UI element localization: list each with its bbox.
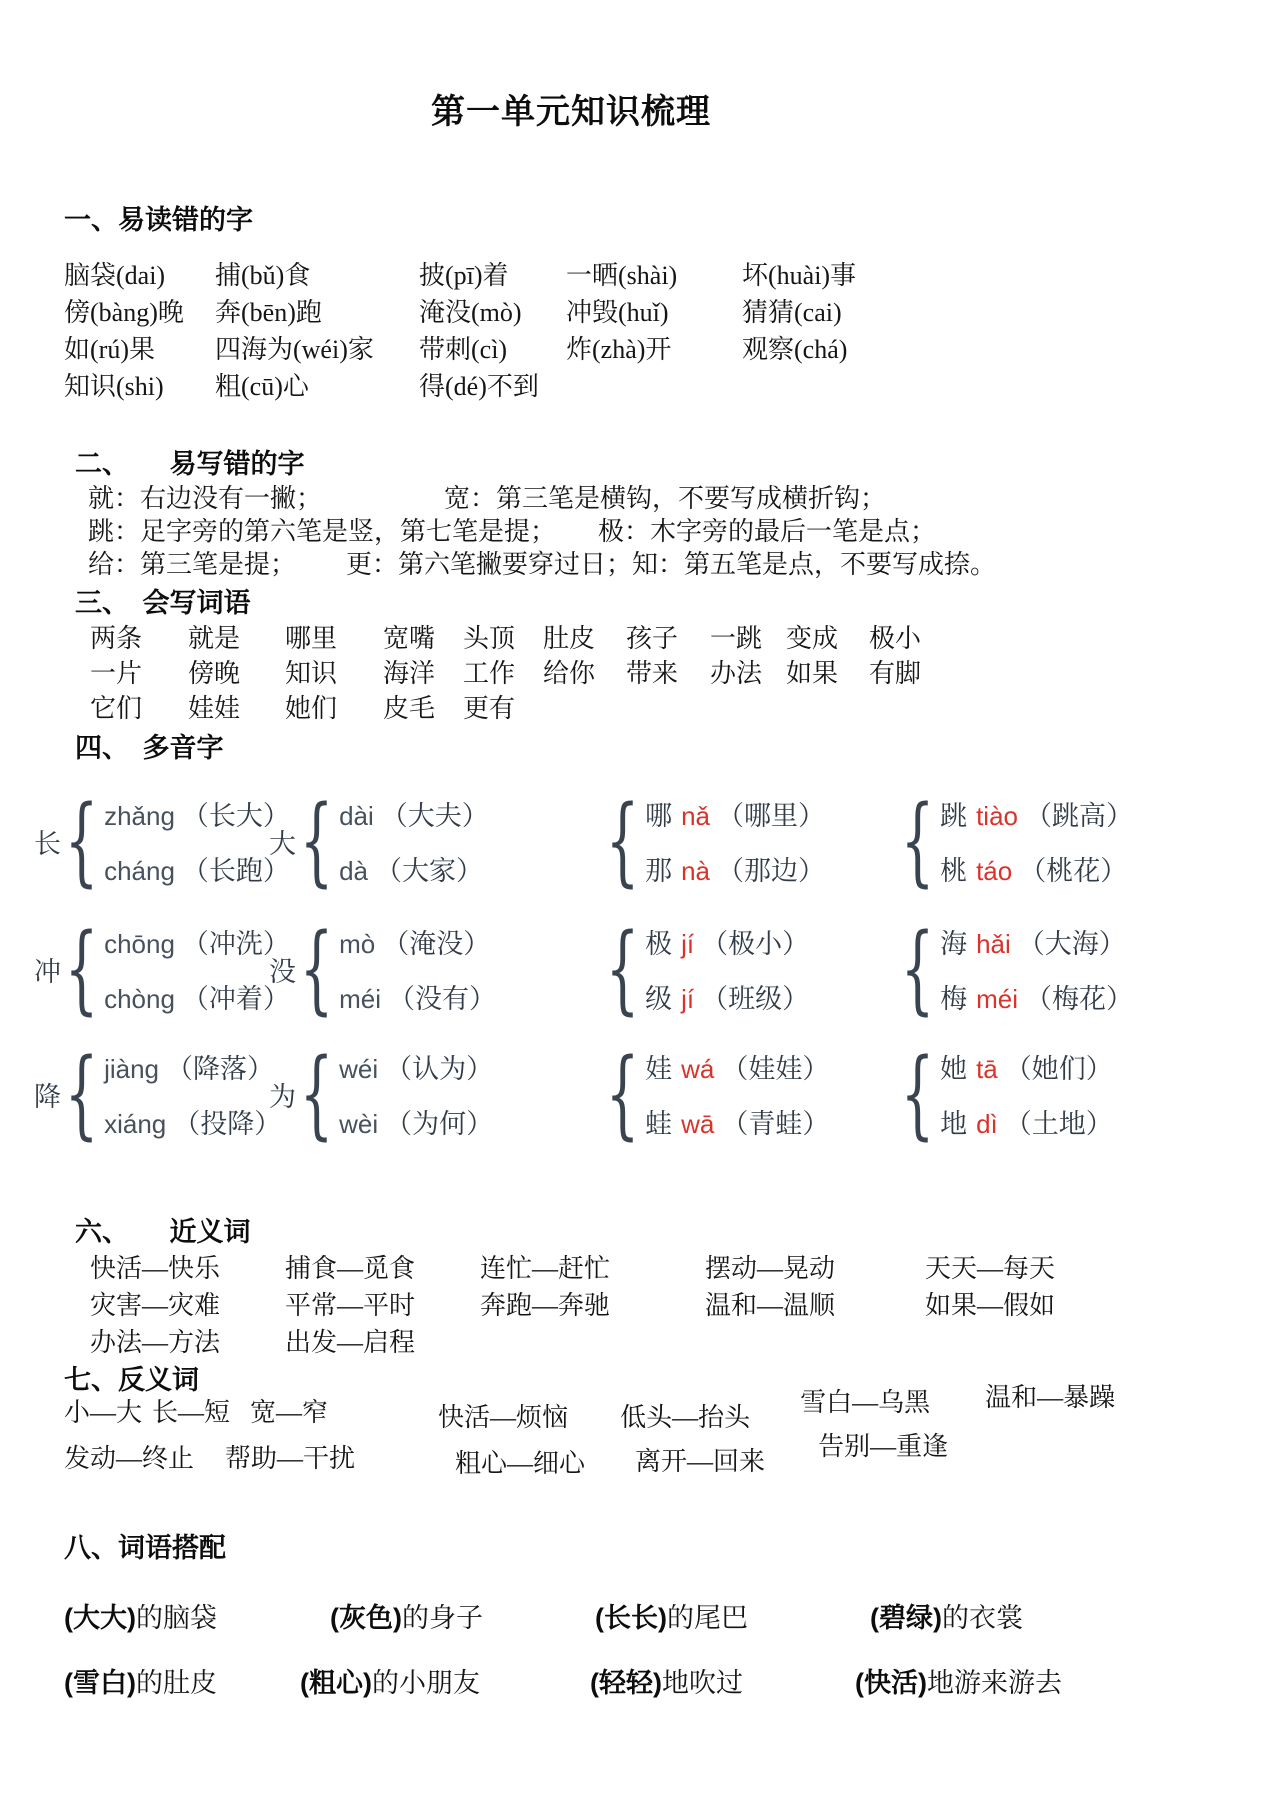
page-title: 第一单元知识梳理 — [0, 84, 1142, 133]
reading: 海 hǎi （大海） — [940, 922, 1133, 961]
collocation-word: (粗心) — [300, 1668, 372, 1698]
pinyin: dà — [339, 856, 368, 887]
pinyin: wéi — [339, 1054, 378, 1085]
polyphone-group-chang: 长 { zhǎng （长大） cháng （长跑） — [34, 790, 269, 892]
synonym-pair: 奔跑—奔驰 — [480, 1285, 705, 1322]
word: 皮毛 — [383, 688, 463, 725]
reading: 跳 tiào （跳高） — [940, 794, 1133, 833]
section-6-heading: 六、 近义词 — [75, 1210, 251, 1249]
synonym-pair: 如果—假如 — [925, 1285, 1055, 1322]
example-word: （桃花） — [1019, 849, 1127, 888]
char: 梅 — [940, 977, 967, 1016]
word: 冲毁(huǐ) — [566, 292, 742, 329]
synonym-pair: 温和—温顺 — [705, 1285, 925, 1322]
word: 知识 — [285, 653, 383, 690]
example-word: （淹没） — [382, 922, 490, 961]
collocation-rest: 地游来游去 — [927, 1668, 1062, 1698]
reading: dài （大夫） — [339, 794, 489, 833]
synonym-row: 快活—快乐 捕食—觅食 连忙—赶忙 摆动—晃动 天天—每天 — [90, 1248, 1055, 1285]
antonym-pair: 告别—重逢 — [818, 1426, 948, 1463]
polyphone-group-na: { 哪 nǎ （哪里） 那 nà （那边） — [604, 790, 899, 892]
pinyin: xiáng — [104, 1109, 166, 1140]
char: 那 — [645, 849, 672, 888]
pinyin: wā — [681, 1109, 714, 1140]
section-1-heading: 一、易读错的字 — [64, 198, 253, 237]
example-word: （娃娃） — [721, 1047, 829, 1086]
pinyin: tiào — [976, 801, 1018, 832]
antonym-pair: 帮助—干扰 — [225, 1438, 355, 1475]
collocation-word: (碧绿) — [870, 1603, 942, 1633]
synonym-pair: 出发—启程 — [285, 1322, 480, 1359]
collocation: (碧绿)的衣裳 — [870, 1596, 1023, 1635]
polyphone-row: 冲 { chōng （冲洗） chòng （冲着） 没 { — [34, 918, 1133, 1020]
synonym-pair: 连忙—赶忙 — [480, 1248, 705, 1285]
synonym-pair: 办法—方法 — [90, 1322, 285, 1359]
brace-icon: { — [300, 1043, 334, 1145]
section-8-heading: 八、词语搭配 — [64, 1526, 226, 1565]
antonym-pair: 小—大 — [64, 1392, 142, 1429]
antonym-pair: 快活—烦恼 — [438, 1397, 568, 1434]
pinyin: chōng — [104, 929, 175, 960]
reading: 蛙 wā （青蛙） — [645, 1102, 829, 1141]
brace-icon: { — [606, 918, 640, 1020]
word: 傍晚 — [188, 653, 285, 690]
word: 宽嘴 — [383, 618, 463, 655]
word: 办法 — [710, 653, 786, 690]
section-3-heading: 三、 会写词语 — [75, 581, 251, 620]
word: 她们 — [285, 688, 383, 725]
antonym-row: 小—大 长—短 宽—窄 快活—烦恼 低头—抬头 雪白—乌黑 温和—暴躁 — [64, 1392, 1115, 1429]
antonym-pair: 粗心—细心 — [455, 1443, 585, 1480]
reading: 桃 táo （桃花） — [940, 849, 1133, 888]
reading: dà （大家） — [339, 849, 489, 888]
brace-icon: { — [65, 918, 99, 1020]
base-char: 大 — [269, 822, 296, 861]
char: 哪 — [645, 794, 672, 833]
reading: mò （淹没） — [339, 922, 496, 961]
word: 海洋 — [383, 653, 463, 690]
word: 更有 — [463, 688, 543, 725]
pinyin: jí — [681, 984, 694, 1015]
reading: chōng （冲洗） — [104, 922, 290, 961]
example-word: （大家） — [375, 849, 483, 888]
polyphone-group-wei: 为 { wéi （认为） wèi （为何） — [269, 1043, 604, 1145]
example-word: （大夫） — [381, 794, 489, 833]
note-segment: 跳：足字旁的第六笔是竖，第七笔是提； — [88, 511, 556, 548]
reading: wèi （为何） — [339, 1102, 493, 1141]
word: 带刺(cì) — [419, 329, 566, 366]
pinyin: méi — [976, 984, 1018, 1015]
word: 奔(bēn)跑 — [215, 292, 419, 329]
antonym-pair: 发动—终止 — [64, 1438, 194, 1475]
word: 孩子 — [626, 618, 710, 655]
polyphone-group-da: 大 { dài （大夫） dà （大家） — [269, 790, 604, 892]
pinyin: wá — [681, 1054, 714, 1085]
example-word: （大海） — [1018, 922, 1126, 961]
word: 带来 — [626, 653, 710, 690]
synonym-pair: 灾害—灾难 — [90, 1285, 285, 1322]
char: 海 — [940, 922, 967, 961]
pinyin: méi — [339, 984, 381, 1015]
document-page: 第一单元知识梳理 一、易读错的字 脑袋(dai) 捕(bǔ)食 披(pī)着 一… — [0, 0, 1278, 1814]
pinyin: dì — [976, 1109, 998, 1140]
word: 它们 — [90, 688, 188, 725]
misread-words-row: 脑袋(dai) 捕(bǔ)食 披(pī)着 一晒(shài) 坏(huài)事 — [64, 255, 856, 292]
reading: 地 dì （土地） — [940, 1102, 1113, 1141]
pinyin: jí — [681, 929, 694, 960]
char: 级 — [645, 977, 672, 1016]
polyphone-group-tiao: { 跳 tiào （跳高） 桃 táo （桃花） — [899, 790, 1133, 892]
writable-words-row: 一片 傍晚 知识 海洋 工作 给你 带来 办法 如果 有脚 — [90, 653, 921, 690]
reading: 哪 nǎ （哪里） — [645, 794, 825, 833]
word: 极小 — [869, 618, 921, 655]
antonym-pair: 离开—回来 — [635, 1441, 765, 1478]
miswrite-note-line: 跳：足字旁的第六笔是竖，第七笔是提； 极：木字旁的最后一笔是点； — [88, 511, 936, 548]
miswrite-note-line: 就：右边没有一撇； 宽：第三笔是横钩，不要写成横折钩； — [88, 478, 886, 515]
pinyin: tā — [976, 1054, 998, 1085]
collocation: (雪白)的肚皮 — [64, 1661, 300, 1700]
note-segment: 宽：第三笔是横钩，不要写成横折钩； — [444, 478, 886, 515]
word: 一片 — [90, 653, 188, 690]
pinyin: cháng — [104, 856, 175, 887]
collocation-rest: 的小朋友 — [372, 1668, 480, 1698]
pinyin: chòng — [104, 984, 175, 1015]
example-word: （为何） — [385, 1102, 493, 1141]
char: 桃 — [940, 849, 967, 888]
word: 有脚 — [869, 653, 921, 690]
word: 粗(cū)心 — [215, 366, 419, 403]
word: 四海为(wéi)家 — [215, 329, 419, 366]
collocation-word: (长长) — [595, 1603, 667, 1633]
word: 如(rú)果 — [64, 329, 215, 366]
pinyin: nǎ — [681, 801, 710, 832]
word: 给你 — [543, 653, 626, 690]
reading: 梅 méi （梅花） — [940, 977, 1133, 1016]
collocation: (快活)地游来游去 — [855, 1661, 1062, 1700]
collocation: (灰色)的身子 — [330, 1596, 595, 1635]
pinyin: mò — [339, 929, 375, 960]
word: 工作 — [463, 653, 543, 690]
char: 娃 — [645, 1047, 672, 1086]
synonym-pair: 摆动—晃动 — [705, 1248, 925, 1285]
word: 如果 — [786, 653, 869, 690]
reading: zhǎng （长大） — [104, 794, 290, 833]
polyphone-group-ji: { 极 jí （极小） 级 jí （班级） — [604, 918, 899, 1020]
antonym-pair: 长—短 — [152, 1392, 230, 1429]
misread-words-row: 知识(shi) 粗(cū)心 得(dé)不到 — [64, 366, 742, 403]
writable-words-row: 它们 娃娃 她们 皮毛 更有 — [90, 688, 869, 725]
example-word: （投降） — [173, 1102, 281, 1141]
synonym-pair: 捕食—觅食 — [285, 1248, 480, 1285]
brace-icon: { — [606, 1043, 640, 1145]
collocation-rest: 的身子 — [402, 1603, 483, 1633]
misread-words-row: 如(rú)果 四海为(wéi)家 带刺(cì) 炸(zhà)开 观察(chá) — [64, 329, 847, 366]
antonym-pair: 雪白—乌黑 — [800, 1382, 930, 1419]
collocation: (粗心)的小朋友 — [300, 1661, 590, 1700]
reading: méi （没有） — [339, 977, 496, 1016]
note-segment: 更：第六笔撇要穿过日；知：第五笔是点，不要写成捺。 — [346, 544, 996, 581]
word: 傍(bàng)晚 — [64, 292, 215, 329]
polyphone-group-ta: { 她 tā （她们） 地 dì （土地） — [899, 1043, 1113, 1145]
base-char: 为 — [269, 1075, 296, 1114]
word: 捕(bǔ)食 — [215, 255, 419, 292]
example-word: （她们） — [1005, 1047, 1113, 1086]
misread-words-row: 傍(bàng)晚 奔(bēn)跑 淹没(mò) 冲毁(huǐ) 猜猜(cai) — [64, 292, 842, 329]
brace-icon: { — [901, 918, 935, 1020]
collocation-row: (大大)的脑袋 (灰色)的身子 (长长)的尾巴 (碧绿)的衣裳 — [64, 1596, 1023, 1635]
reading: wéi （认为） — [339, 1047, 493, 1086]
word: 哪里 — [285, 618, 383, 655]
collocation-word: (轻轻) — [590, 1668, 662, 1698]
brace-icon: { — [606, 790, 640, 892]
word: 脑袋(dai) — [64, 255, 215, 292]
word: 就是 — [188, 618, 285, 655]
polyphone-group-wa: { 娃 wá （娃娃） 蛙 wā （青蛙） — [604, 1043, 899, 1145]
brace-icon: { — [65, 1043, 99, 1145]
synonym-row: 灾害—灾难 平常—平时 奔跑—奔驰 温和—温顺 如果—假如 — [90, 1285, 1055, 1322]
example-word: （极小） — [701, 922, 809, 961]
synonym-pair: 快活—快乐 — [90, 1248, 285, 1285]
note-segment: 就：右边没有一撇； — [88, 478, 322, 515]
reading: jiàng （降落） — [104, 1047, 281, 1086]
polyphone-group-chong: 冲 { chōng （冲洗） chòng （冲着） — [34, 918, 269, 1020]
word: 头顶 — [463, 618, 543, 655]
collocation-row: (雪白)的肚皮 (粗心)的小朋友 (轻轻)地吹过 (快活)地游来游去 — [64, 1661, 1062, 1700]
reading: 那 nà （那边） — [645, 849, 825, 888]
collocation-rest: 的尾巴 — [667, 1603, 748, 1633]
collocation-word: (大大) — [64, 1603, 136, 1633]
char: 跳 — [940, 794, 967, 833]
word: 观察(chá) — [742, 329, 847, 366]
section-2-heading: 二、 易写错的字 — [75, 442, 305, 481]
collocation: (长长)的尾巴 — [595, 1596, 870, 1635]
example-word: （跳高） — [1025, 794, 1133, 833]
word: 淹没(mò) — [419, 292, 566, 329]
example-word: （没有） — [388, 977, 496, 1016]
example-word: （认为） — [385, 1047, 493, 1086]
reading: 娃 wá （娃娃） — [645, 1047, 829, 1086]
pinyin: jiàng — [104, 1054, 159, 1085]
section-4-heading: 四、 多音字 — [75, 726, 224, 765]
collocation-rest: 的肚皮 — [136, 1668, 217, 1698]
brace-icon: { — [901, 1043, 935, 1145]
word: 一晒(shài) — [566, 255, 742, 292]
word: 一跳 — [710, 618, 786, 655]
polyphone-group-jiang: 降 { jiàng （降落） xiáng （投降） — [34, 1043, 269, 1145]
pinyin: dài — [339, 801, 374, 832]
antonym-pair: 宽—窄 — [250, 1392, 328, 1429]
brace-icon: { — [300, 790, 334, 892]
collocation: (轻轻)地吹过 — [590, 1661, 855, 1700]
note-segment: 极：木字旁的最后一笔是点； — [598, 511, 936, 548]
brace-icon: { — [65, 790, 99, 892]
collocation-word: (灰色) — [330, 1603, 402, 1633]
base-char: 没 — [269, 950, 296, 989]
synonym-pair: 天天—每天 — [925, 1248, 1055, 1285]
example-word: （班级） — [701, 977, 809, 1016]
reading: chòng （冲着） — [104, 977, 290, 1016]
note-segment: 给：第三笔是提； — [88, 544, 296, 581]
pinyin: táo — [976, 856, 1012, 887]
example-word: （梅花） — [1025, 977, 1133, 1016]
word: 猜猜(cai) — [742, 292, 842, 329]
collocation-word: (快活) — [855, 1668, 927, 1698]
writable-words-row: 两条 就是 哪里 宽嘴 头顶 肚皮 孩子 一跳 变成 极小 — [90, 618, 921, 655]
antonym-row: 发动—终止 帮助—干扰 粗心—细心 离开—回来 告别—重逢 — [64, 1438, 948, 1475]
antonym-pair: 低头—抬头 — [620, 1397, 750, 1434]
word: 炸(zhà)开 — [566, 329, 742, 366]
synonym-row: 办法—方法 出发—启程 — [90, 1322, 925, 1359]
reading: 级 jí （班级） — [645, 977, 809, 1016]
example-word: （降落） — [166, 1047, 274, 1086]
collocation: (大大)的脑袋 — [64, 1596, 330, 1635]
char: 她 — [940, 1047, 967, 1086]
reading: xiáng （投降） — [104, 1102, 281, 1141]
pinyin: wèi — [339, 1109, 378, 1140]
antonym-pair: 温和—暴躁 — [985, 1377, 1115, 1414]
collocation-rest: 的脑袋 — [136, 1603, 217, 1633]
polyphone-row: 长 { zhǎng （长大） cháng （长跑） 大 { — [34, 790, 1133, 892]
miswrite-note-line: 给：第三笔是提； 更：第六笔撇要穿过日；知：第五笔是点，不要写成捺。 — [88, 544, 996, 581]
example-word: （土地） — [1005, 1102, 1113, 1141]
base-char: 长 — [34, 822, 61, 861]
reading: 极 jí （极小） — [645, 922, 809, 961]
word: 两条 — [90, 618, 188, 655]
example-word: （哪里） — [717, 794, 825, 833]
word: 娃娃 — [188, 688, 285, 725]
polyphone-group-mei: 没 { mò （淹没） méi （没有） — [269, 918, 604, 1020]
char: 蛙 — [645, 1102, 672, 1141]
brace-icon: { — [901, 790, 935, 892]
reading: cháng （长跑） — [104, 849, 290, 888]
pinyin: zhǎng — [104, 801, 175, 832]
word: 肚皮 — [543, 618, 626, 655]
pinyin: hǎi — [976, 929, 1011, 960]
word: 披(pī)着 — [419, 255, 566, 292]
char: 极 — [645, 922, 672, 961]
base-char: 降 — [34, 1075, 61, 1114]
example-word: （那边） — [717, 849, 825, 888]
word: 知识(shi) — [64, 366, 215, 403]
polyphone-group-hai: { 海 hǎi （大海） 梅 méi （梅花） — [899, 918, 1133, 1020]
polyphone-row: 降 { jiàng （降落） xiáng （投降） 为 { — [34, 1043, 1113, 1145]
word: 得(dé)不到 — [419, 366, 566, 403]
example-word: （青蛙） — [721, 1102, 829, 1141]
collocation-rest: 的衣裳 — [942, 1603, 1023, 1633]
char: 地 — [940, 1102, 967, 1141]
pinyin: nà — [681, 856, 710, 887]
collocation-word: (雪白) — [64, 1668, 136, 1698]
collocation-rest: 地吹过 — [662, 1668, 743, 1698]
reading: 她 tā （她们） — [940, 1047, 1113, 1086]
synonym-pair: 平常—平时 — [285, 1285, 480, 1322]
word: 坏(huài)事 — [742, 255, 856, 292]
brace-icon: { — [300, 918, 334, 1020]
base-char: 冲 — [34, 950, 61, 989]
word: 变成 — [786, 618, 869, 655]
